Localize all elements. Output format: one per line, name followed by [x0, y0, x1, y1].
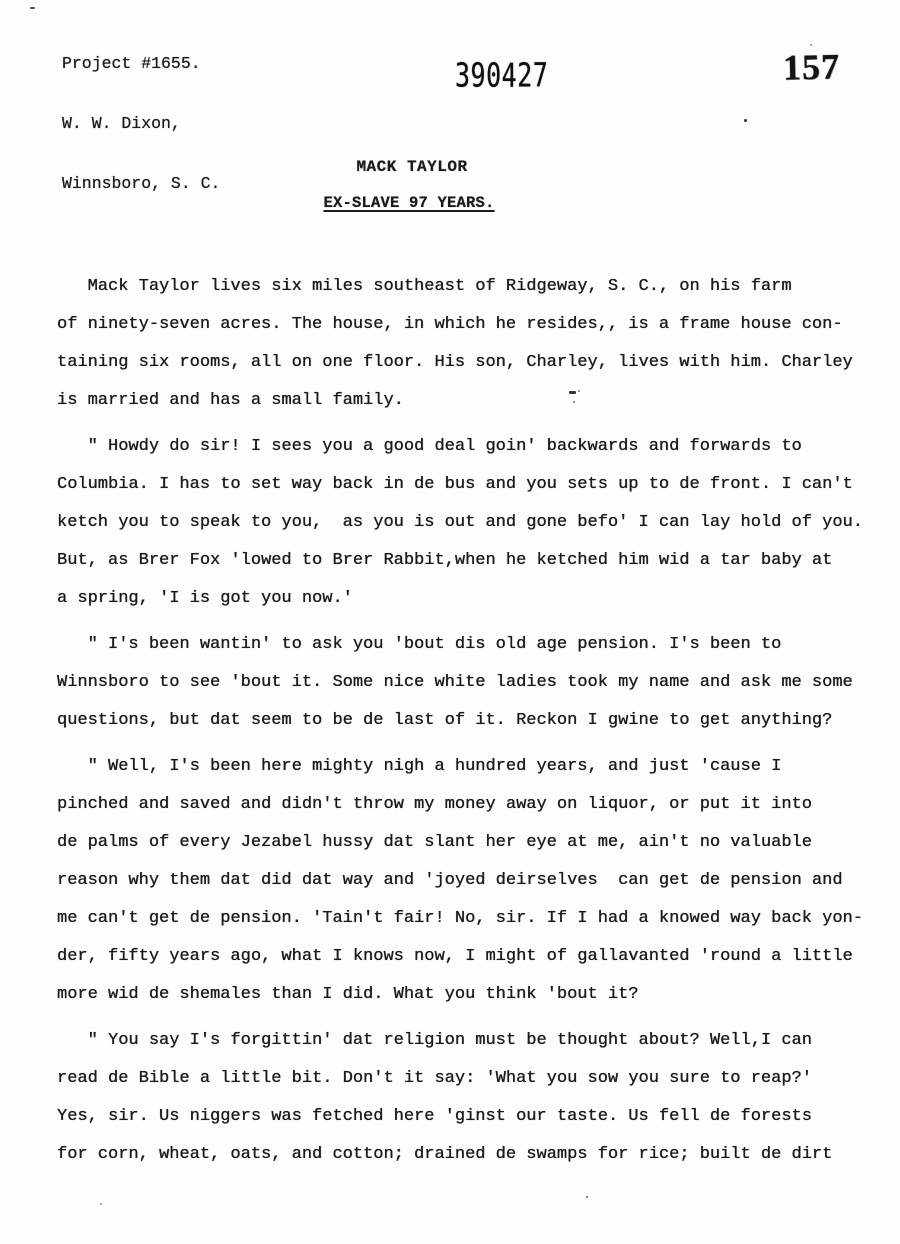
text-line: ketch you to speak to you, as you is out…	[57, 504, 877, 542]
text-line: But, as Brer Fox 'lowed to Brer Rabbit,w…	[57, 542, 877, 580]
ink-speck	[578, 390, 580, 392]
text-line: more wid de shemales than I did. What yo…	[57, 976, 877, 1014]
text-line: Winnsboro to see 'bout it. Some nice whi…	[57, 664, 877, 702]
paragraph: " Well, I's been here mighty nigh a hund…	[57, 748, 877, 1014]
text-line: " I's been wantin' to ask you 'bout dis …	[57, 626, 877, 664]
scanned-document-page: Project #1655. W. W. Dixon, Winnsboro, S…	[0, 0, 900, 1244]
project-number-line: Project #1655.	[62, 54, 220, 74]
text-line: read de Bible a little bit. Don't it say…	[57, 1060, 877, 1098]
paragraph: " You say I's forgittin' dat religion mu…	[57, 1022, 877, 1174]
ink-speck	[744, 119, 747, 122]
text-line: a spring, 'I is got you now.'	[57, 580, 877, 618]
interviewer-name-line: W. W. Dixon,	[62, 114, 220, 134]
paragraph: Mack Taylor lives six miles southeast of…	[57, 268, 877, 420]
text-line: Columbia. I has to set way back in de bu…	[57, 466, 877, 504]
text-line: " Well, I's been here mighty nigh a hund…	[57, 748, 877, 786]
text-line: of ninety-seven acres. The house, in whi…	[57, 306, 877, 344]
ink-speck	[569, 391, 576, 394]
text-line: pinched and saved and didn't throw my mo…	[57, 786, 877, 824]
document-stamp-number: 390427	[455, 56, 548, 94]
text-line: de palms of every Jezabel hussy dat slan…	[57, 824, 877, 862]
ink-speck	[100, 1203, 102, 1205]
text-line: Yes, sir. Us niggers was fetched here 'g…	[57, 1098, 877, 1136]
paragraph: " I's been wantin' to ask you 'bout dis …	[57, 626, 877, 740]
text-line: me can't get de pension. 'Tain't fair! N…	[57, 900, 877, 938]
page-number: 157	[783, 45, 841, 88]
ink-speck	[586, 1196, 588, 1198]
document-subtitle-underlined-text: EX-SLAVE 97 YEARS.	[323, 194, 494, 212]
ink-speck	[810, 44, 812, 46]
text-line: reason why them dat did dat way and 'joy…	[57, 862, 877, 900]
text-line: " You say I's forgittin' dat religion mu…	[57, 1022, 877, 1060]
document-title: MACK TAYLOR	[0, 158, 862, 176]
interviewer-location-line: Winnsboro, S. C.	[62, 174, 220, 194]
text-line: " Howdy do sir! I sees you a good deal g…	[57, 428, 877, 466]
text-line: der, fifty years ago, what I knows now, …	[57, 938, 877, 976]
text-line: Mack Taylor lives six miles southeast of…	[57, 268, 877, 306]
document-body: Mack Taylor lives six miles southeast of…	[57, 268, 877, 1174]
text-line: taining six rooms, all on one floor. His…	[57, 344, 877, 382]
text-line: is married and has a small family.	[57, 382, 877, 420]
text-line: for corn, wheat, oats, and cotton; drain…	[57, 1136, 877, 1174]
ink-speck	[30, 7, 35, 9]
text-line: questions, but dat seem to be de last of…	[57, 702, 877, 740]
paragraph: " Howdy do sir! I sees you a good deal g…	[57, 428, 877, 618]
document-subtitle: EX-SLAVE 97 YEARS.	[0, 194, 859, 212]
ink-speck	[573, 401, 575, 403]
